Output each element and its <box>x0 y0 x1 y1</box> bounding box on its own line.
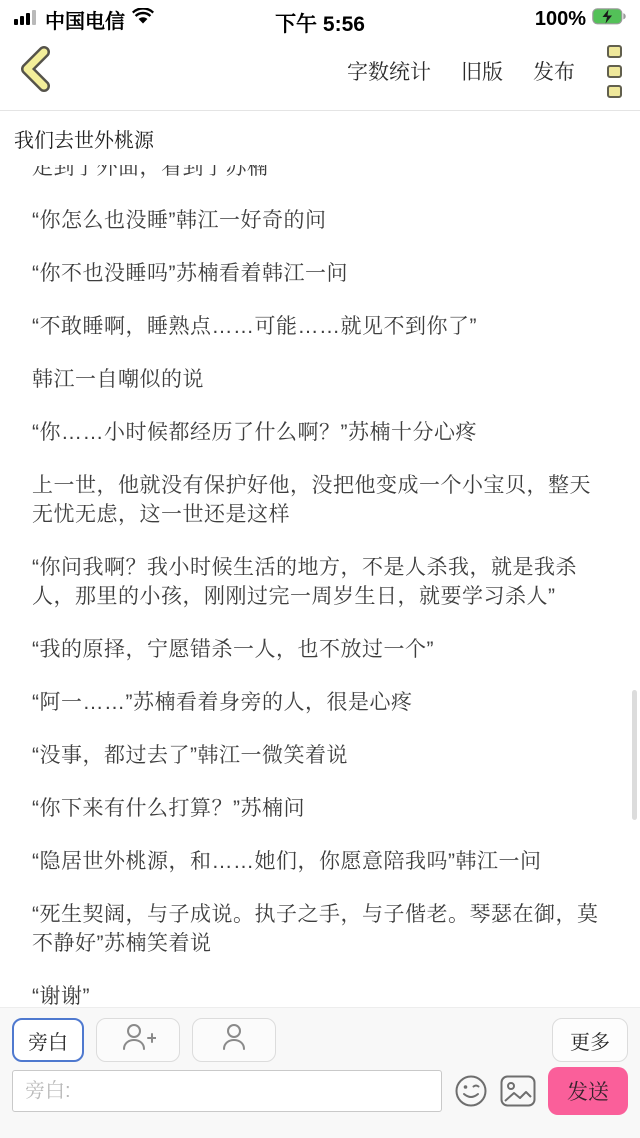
person-icon <box>220 1023 248 1057</box>
word-count-button[interactable]: 字数统计 <box>347 56 431 86</box>
story-paragraph: “阿一……”苏楠看着身旁的人，很是心疼 <box>32 688 610 717</box>
wifi-icon <box>132 8 154 31</box>
story-paragraph: 上一世，他就没有保护好他，没把他变成一个小宝贝，整天无忧无虑，这一世还是这样 <box>32 471 610 529</box>
cell-signal-icon <box>14 8 38 31</box>
battery-percent: 100% <box>535 8 586 31</box>
story-paragraph: 韩江一自嘲似的说 <box>32 365 610 394</box>
story-content[interactable]: 走到了外面，看到了苏楠“你怎么也没睡”韩江一好奇的问“你不也没睡吗”苏楠看着韩江… <box>0 165 640 1008</box>
app-screen: 中国电信 下午 5:56 100% <box>0 0 640 1138</box>
story-paragraph: “你不也没睡吗”苏楠看着韩江一问 <box>32 259 610 288</box>
bottom-panel: 旁白 更多 <box>0 1007 640 1138</box>
story-paragraph: “没事，都过去了”韩江一微笑着说 <box>32 741 610 770</box>
publish-button[interactable]: 发布 <box>533 56 575 86</box>
story-paragraph: “我的原择，宁愿错杀一人，也不放过一个” <box>32 635 610 664</box>
story-paragraph: “隐居世外桃源，和……她们，你愿意陪我吗”韩江一问 <box>32 847 610 876</box>
add-character-button[interactable] <box>96 1018 180 1062</box>
nav-bar: 字数统计 旧版 发布 <box>0 32 640 110</box>
narration-button[interactable]: 旁白 <box>12 1018 84 1062</box>
title-row: 我们去世外桃源 <box>0 111 640 165</box>
carrier-label: 中国电信 <box>45 5 125 34</box>
more-button[interactable]: 更多 <box>552 1018 628 1062</box>
person-plus-icon <box>120 1023 156 1057</box>
page-title: 我们去世外桃源 <box>14 124 154 153</box>
story-paragraph: “你……小时候都经历了什么啊？”苏楠十分心疼 <box>32 418 610 447</box>
message-input[interactable] <box>12 1070 442 1112</box>
scrollbar[interactable] <box>632 690 637 820</box>
image-icon[interactable] <box>500 1075 536 1107</box>
story-paragraph: “你下来有什么打算？”苏楠问 <box>32 794 610 823</box>
story-paragraph: “死生契阔，与子成说。执子之手，与子偕老。琴瑟在御，莫不静好”苏楠笑着说 <box>32 900 610 958</box>
role-toolbar: 旁白 更多 <box>12 1017 628 1063</box>
status-bar: 中国电信 下午 5:56 100% <box>0 0 640 32</box>
overflow-menu-icon[interactable] <box>605 43 624 100</box>
character-button[interactable] <box>192 1018 276 1062</box>
story-paragraph: 走到了外面，看到了苏楠 <box>32 165 610 182</box>
story-paragraph: “不敢睡啊，睡熟点……可能……就见不到你了” <box>32 312 610 341</box>
battery-charging-icon <box>592 8 626 31</box>
composer-row: 发送 <box>12 1069 628 1113</box>
story-paragraph: “你怎么也没睡”韩江一好奇的问 <box>32 206 610 235</box>
story-paragraph: “谢谢” <box>32 982 610 1008</box>
send-button[interactable]: 发送 <box>548 1067 628 1115</box>
old-version-button[interactable]: 旧版 <box>461 56 503 86</box>
story-paragraph: “你问我啊？我小时候生活的地方，不是人杀我，就是我杀人，那里的小孩，刚刚过完一周… <box>32 553 610 611</box>
emoji-icon[interactable] <box>454 1074 488 1108</box>
back-icon[interactable] <box>18 44 52 99</box>
